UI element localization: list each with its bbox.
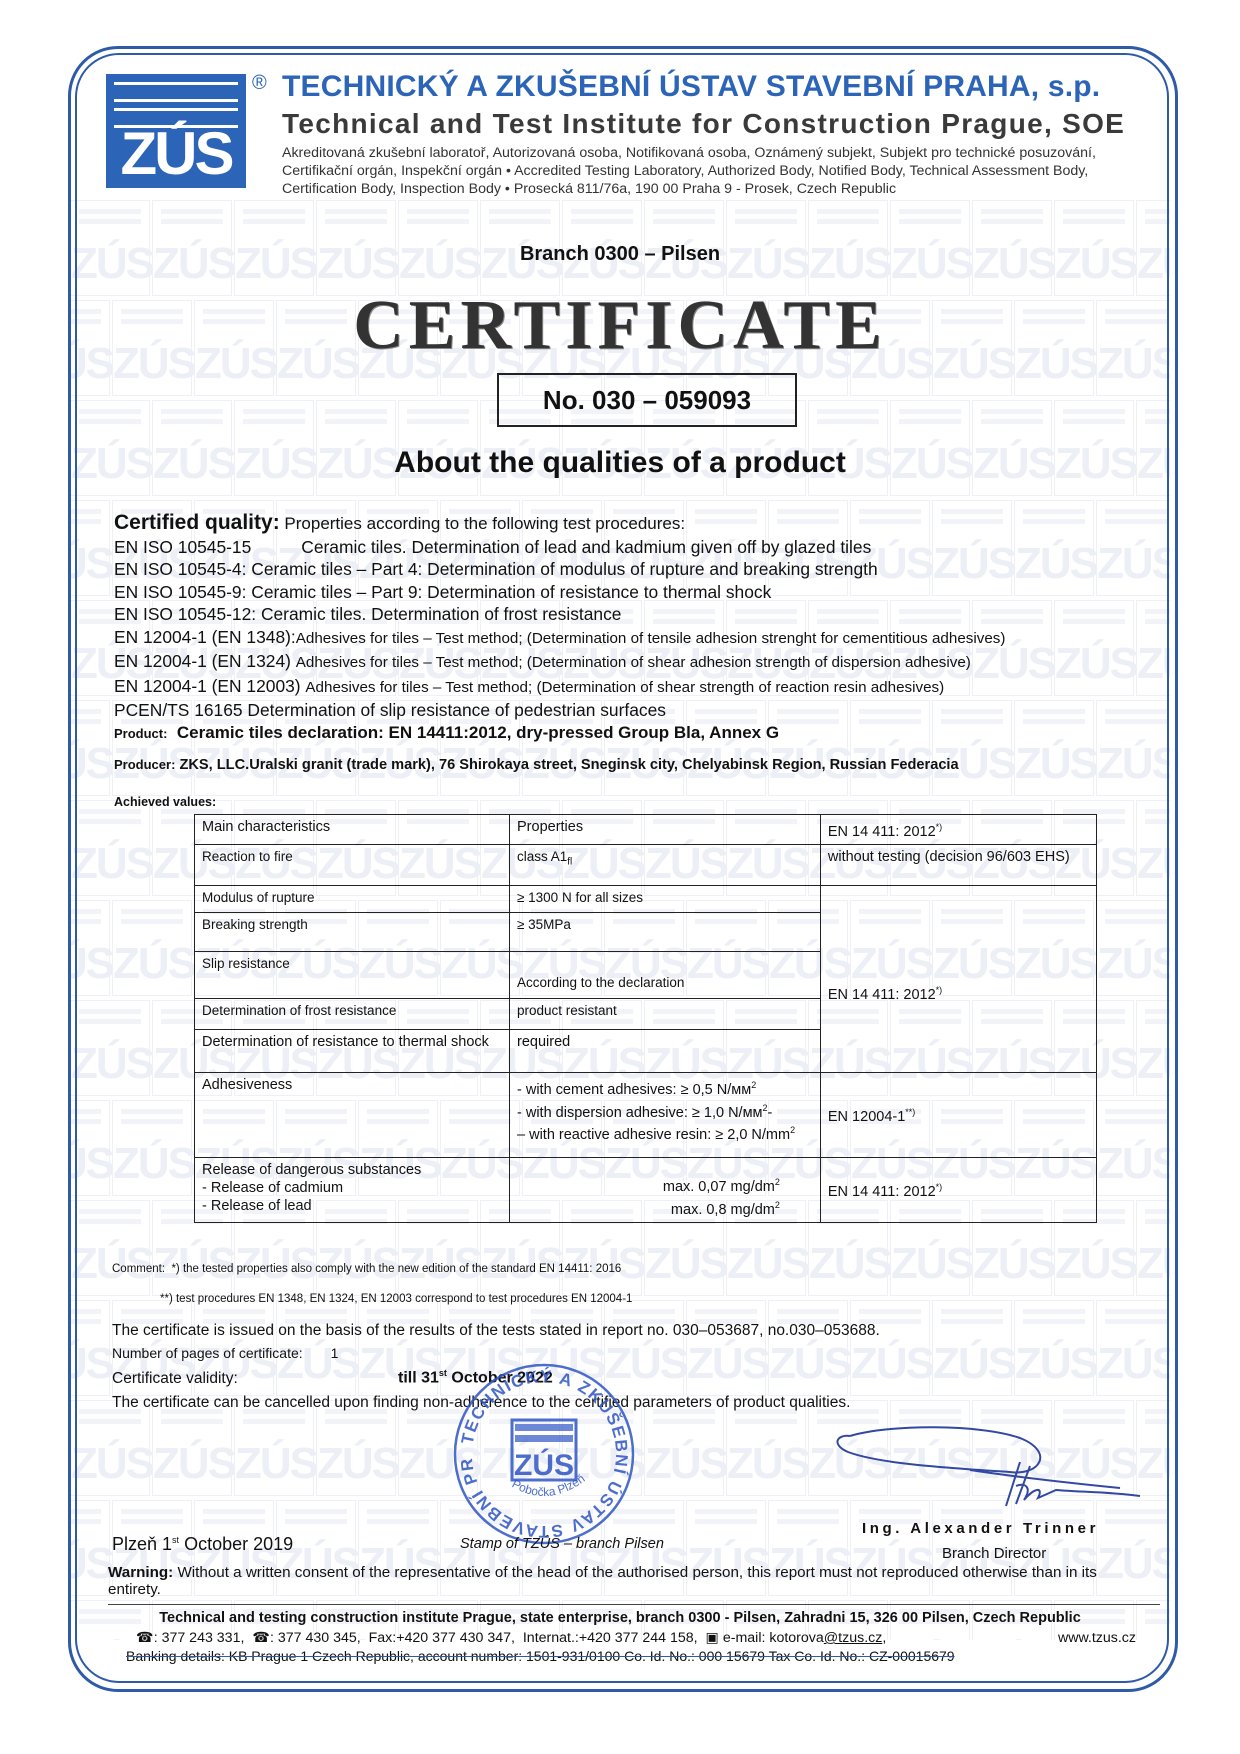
page-count: Number of pages of certificate:1	[112, 1345, 338, 1361]
procedure-line: EN 12004-1 (EN 1348):Adhesives for tiles…	[114, 626, 1005, 651]
property-cell: required	[510, 1029, 821, 1072]
standard-cell: EN 14 411: 2012*)	[820, 1157, 1096, 1222]
standard-cell: without testing (decision 96/603 EHS)	[820, 844, 1096, 885]
characteristic-cell: Adhesiveness	[195, 1072, 510, 1157]
email-link[interactable]: e-mail: kotorova@tzus.cz,	[723, 1630, 886, 1646]
place-and-date: Plzeň 1st October 2019	[112, 1534, 293, 1555]
standard-cell: EN 14 411: 2012*)	[820, 885, 1096, 1072]
property-cell: product resistant	[510, 998, 821, 1029]
official-stamp-icon: TECHNICKÝ A ZKUŠEBNÍ ÚSTAV STAVEBNÍ PRAH…	[452, 1362, 636, 1546]
producer-value: ZKS, LLC.Uralski granit (trade mark), 76…	[179, 757, 958, 773]
characteristic-cell: Determination of frost resistance	[195, 998, 510, 1029]
characteristic-cell: Modulus of rupture	[195, 885, 510, 912]
footer-contacts: ☎: 377 243 331, ☎: 377 430 345, Fax:+420…	[136, 1630, 1136, 1646]
certified-quality-section: Certified quality: Properties according …	[114, 512, 1005, 722]
procedure-line: PCEN/TS 16165 Determination of slip resi…	[114, 699, 1005, 722]
certificate-title: CERTIFICATE	[0, 286, 1240, 366]
achieved-values-table: Main characteristics Properties EN 14 41…	[194, 814, 1097, 1223]
procedure-line: EN 12004-1 (EN 12003) Adhesives for tile…	[114, 675, 1005, 700]
procedure-line: EN 12004-1 (EN 1324) Adhesives for tiles…	[114, 650, 1005, 675]
product-label: Product:	[114, 726, 167, 741]
characteristic-cell: Slip resistance	[195, 951, 510, 998]
header-cell: EN 14 411: 2012*)	[820, 815, 1096, 845]
header-cell: Properties	[510, 815, 821, 845]
table-header-row: Main characteristics Properties EN 14 41…	[195, 815, 1097, 845]
signatory-role: Branch Director	[942, 1545, 1046, 1562]
property-cell: ≥ 35MPa	[510, 912, 821, 951]
stamp-caption: Stamp of TZÚS – branch Pilsen	[460, 1536, 664, 1552]
logo-text: ZÚS	[106, 124, 246, 184]
producer-label: Producer:	[114, 757, 175, 772]
procedure-line: EN ISO 10545-9: Ceramic tiles – Part 9: …	[114, 581, 1005, 604]
property-cell: class A1fl	[510, 844, 821, 885]
property-cell: - with cement adhesives: ≥ 0,5 N/мм2- wi…	[510, 1072, 821, 1157]
table-row: Reaction to fire class A1fl without test…	[195, 844, 1097, 885]
procedure-line: EN ISO 10545-4: Ceramic tiles – Part 4: …	[114, 558, 1005, 581]
certificate-subtitle: About the qualities of a product	[0, 446, 1240, 480]
accreditation-text: Akreditovaná zkušební laboratoř, Autoriz…	[282, 144, 1162, 198]
institute-name-en: Technical and Test Institute for Constru…	[282, 108, 1125, 140]
footer-divider	[108, 1604, 1160, 1605]
phone-icon: ☎	[252, 1630, 270, 1646]
phone-icon: ☎	[136, 1630, 154, 1646]
comment-note-1: Comment: *) the tested properties also c…	[112, 1263, 621, 1275]
product-line: Product: Ceramic tiles declaration: EN 1…	[114, 723, 779, 743]
basis-statement: The certificate is issued on the basis o…	[112, 1322, 880, 1340]
svg-text:ZÚS: ZÚS	[514, 1448, 574, 1482]
institute-name-cz: TECHNICKÝ A ZKUŠEBNÍ ÚSTAV STAVEBNÍ PRAH…	[282, 70, 1100, 104]
characteristic-cell: Reaction to fire	[195, 844, 510, 885]
footer-banking-details: Banking details: KB Prague 1 Czech Repub…	[126, 1648, 955, 1664]
property-cell: max. 0,07 mg/dm2max. 0,8 mg/dm2	[510, 1157, 821, 1222]
characteristic-cell: Release of dangerous substances - Releas…	[195, 1157, 510, 1222]
certificate-number: No. 030 – 059093	[497, 373, 797, 427]
property-cell: According to the declaration	[510, 951, 821, 998]
certificate-document: ZÚS ® TECHNICKÝ A ZKUŠEBNÍ ÚSTAV STAVEBN…	[0, 0, 1240, 1754]
characteristic-cell: Breaking strength	[195, 912, 510, 951]
characteristic-cell: Determination of resistance to thermal s…	[195, 1029, 510, 1072]
certified-quality-label: Certified quality:	[114, 511, 280, 534]
product-value: Ceramic tiles declaration: EN 14411:2012…	[177, 723, 779, 742]
signatory-name: Ing. Alexander Trinner	[862, 1520, 1099, 1537]
procedure-line: EN ISO 10545-15Ceramic tiles. Determinat…	[114, 536, 1005, 559]
property-cell: ≥ 1300 N for all sizes	[510, 885, 821, 912]
zus-logo: ZÚS	[106, 74, 246, 188]
comment-note-2: **) test procedures EN 1348, EN 1324, EN…	[160, 1293, 632, 1305]
table-row: Release of dangerous substances - Releas…	[195, 1157, 1097, 1222]
table-row: Adhesiveness - with cement adhesives: ≥ …	[195, 1072, 1097, 1157]
header-cell: Main characteristics	[195, 815, 510, 845]
table-row: Modulus of rupture ≥ 1300 N for all size…	[195, 885, 1097, 912]
certified-quality-intro: Properties according to the following te…	[280, 514, 685, 533]
website-link[interactable]: www.tzus.cz	[1058, 1630, 1136, 1646]
producer-line: Producer: ZKS, LLC.Uralski granit (trade…	[114, 757, 959, 773]
procedure-line: EN ISO 10545-12: Ceramic tiles. Determin…	[114, 603, 1005, 626]
achieved-values-label: Achieved values:	[114, 795, 216, 809]
validity-label: Certificate validity:	[112, 1370, 238, 1388]
warning-notice: Warning: Without a written consent of th…	[108, 1564, 1153, 1598]
signature-icon	[820, 1426, 1140, 1516]
computer-icon: ▣	[705, 1630, 718, 1646]
footer-address: Technical and testing construction insti…	[0, 1610, 1240, 1626]
standard-cell: EN 12004-1**)	[820, 1072, 1096, 1157]
registered-mark-icon: ®	[252, 72, 267, 95]
branch-name: Branch 0300 – Pilsen	[0, 243, 1240, 266]
